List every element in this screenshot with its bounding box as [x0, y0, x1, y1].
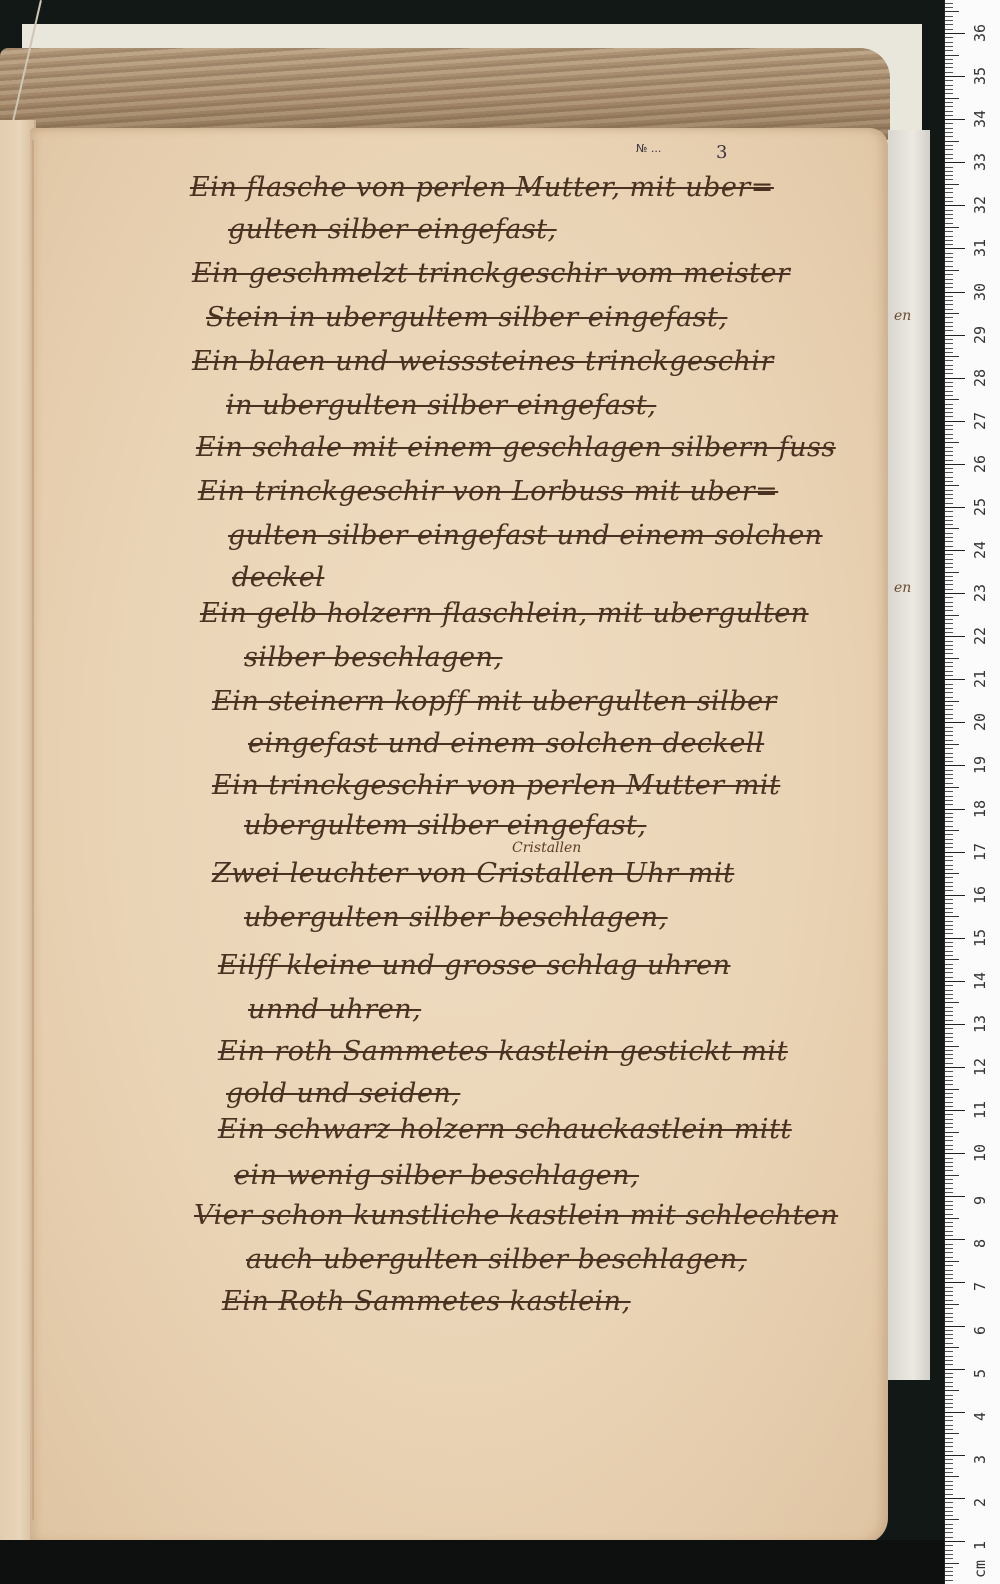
entry-line: Ein flasche von perlen Mutter, mit uber= — [190, 172, 774, 203]
ruler-cm-label: 29 — [971, 326, 989, 344]
ruler-tick — [945, 266, 953, 267]
ruler-tick — [945, 412, 953, 413]
ruler-tick — [945, 1360, 953, 1361]
ruler-tick — [945, 158, 953, 159]
ruler-tick — [945, 735, 953, 736]
ruler-tick — [945, 111, 953, 112]
ruler-tick — [945, 1037, 953, 1038]
ruler-cm-label: 7 — [971, 1282, 989, 1291]
ruler-cm-label: 31 — [971, 239, 989, 257]
ruler-cm-label: 27 — [971, 412, 989, 430]
ruler-tick — [945, 201, 953, 202]
ruler-tick — [945, 1494, 953, 1495]
protective-tissue-strip: en en ea — [888, 130, 930, 1380]
ruler-tick — [945, 382, 953, 383]
ruler-tick — [945, 494, 953, 495]
ruler-cm-label: 28 — [971, 369, 989, 387]
ruler-tick — [945, 326, 953, 327]
ruler-tick — [945, 977, 953, 978]
ruler-tick — [945, 1575, 953, 1576]
ruler-tick — [945, 1166, 953, 1167]
ruler-tick — [945, 481, 953, 482]
ruler-tick — [945, 903, 953, 904]
ruler-tick — [945, 990, 953, 991]
ruler-tick — [945, 658, 959, 659]
ruler-tick — [945, 1558, 953, 1559]
ruler-cm-label: 11 — [971, 1101, 989, 1119]
ruler-cm-label: 6 — [971, 1326, 989, 1335]
ruler-tick — [945, 619, 953, 620]
ruler-tick — [945, 408, 953, 409]
ruler-tick — [945, 528, 959, 529]
ruler-tick — [945, 1412, 965, 1413]
ruler-tick — [945, 434, 953, 435]
ruler-tick — [945, 1407, 953, 1408]
ruler-tick — [945, 283, 953, 284]
ruler-tick — [945, 231, 953, 232]
folio-stamp: № ... — [636, 143, 661, 154]
ruler-tick — [945, 744, 959, 745]
ruler-tick — [945, 1489, 953, 1490]
ruler-tick — [945, 1343, 953, 1344]
ruler-tick — [945, 330, 953, 331]
ruler-tick — [945, 787, 959, 788]
ruler-tick — [945, 584, 953, 585]
ruler-tick — [945, 1170, 953, 1171]
ruler-cm-label: 33 — [971, 153, 989, 171]
ruler-tick — [945, 339, 953, 340]
ruler-tick — [945, 886, 953, 887]
ruler-tick — [945, 994, 953, 995]
ruler-tick — [945, 292, 965, 293]
ruler-cm-label: 16 — [971, 886, 989, 904]
ruler-cm-label: 12 — [971, 1058, 989, 1076]
ruler-tick — [945, 615, 959, 616]
ruler-tick — [945, 1050, 953, 1051]
ruler-tick — [945, 589, 953, 590]
ruler-tick — [945, 1201, 953, 1202]
ruler-tick — [945, 554, 953, 555]
ruler-cm-label: 32 — [971, 196, 989, 214]
ruler-tick — [945, 1244, 953, 1245]
ruler-tick — [945, 93, 953, 94]
ruler-tick — [945, 546, 953, 547]
ruler-tick — [945, 1502, 953, 1503]
ruler-tick — [945, 1162, 953, 1163]
ruler-tick — [945, 981, 965, 982]
ruler-cm-label: 17 — [971, 843, 989, 861]
ruler-tick — [945, 300, 953, 301]
ruler-tick — [945, 1261, 959, 1262]
ruler-tick — [945, 1183, 953, 1184]
ruler-tick — [945, 175, 953, 176]
ruler-tick — [945, 890, 953, 891]
ruler-tick — [945, 1420, 953, 1421]
ruler-tick — [945, 1403, 953, 1404]
ruler-tick — [945, 1476, 959, 1477]
ruler-tick — [945, 1498, 965, 1499]
ruler-tick — [945, 541, 953, 542]
ruler-tick — [945, 1347, 959, 1348]
ruler-tick — [945, 757, 953, 758]
ruler-cm-label: 4 — [971, 1412, 989, 1421]
ruler-tick — [945, 223, 953, 224]
ruler-tick — [945, 119, 965, 120]
entry-line: Eilff kleine und grosse schlag uhren — [218, 950, 731, 981]
ruler-tick — [945, 386, 953, 387]
ruler-tick — [945, 304, 953, 305]
ruler-tick — [945, 830, 959, 831]
ruler-tick — [945, 425, 953, 426]
ruler-tick — [945, 1481, 953, 1482]
ruler-tick — [945, 938, 965, 939]
ruler-tick — [945, 33, 965, 34]
ruler-tick — [945, 218, 953, 219]
ruler-unit-label: cm — [971, 1560, 989, 1578]
ruler-tick — [945, 1179, 953, 1180]
entry-line: in ubergulten silber eingefast, — [226, 390, 656, 421]
ruler-tick — [945, 1058, 953, 1059]
measurement-ruler: cm 1234567891011121314151617181920212223… — [944, 0, 1000, 1584]
ruler-tick — [945, 916, 959, 917]
ruler-tick — [945, 257, 953, 258]
ruler-tick — [945, 1429, 953, 1430]
ruler-tick — [945, 322, 953, 323]
ruler-cm-label: 3 — [971, 1455, 989, 1464]
ruler-tick — [945, 1351, 953, 1352]
ruler-tick — [945, 1519, 959, 1520]
ruler-tick — [945, 24, 953, 25]
entry-line: Ein Roth Sammetes kastlein, — [222, 1286, 631, 1317]
ruler-tick — [945, 261, 953, 262]
ruler-tick — [945, 852, 965, 853]
ruler-cm-label: 30 — [971, 283, 989, 301]
ruler-tick — [945, 391, 953, 392]
ruler-tick — [945, 1149, 953, 1150]
ruler-tick — [945, 37, 953, 38]
ruler-tick — [945, 1132, 959, 1133]
ruler-tick — [945, 29, 953, 30]
ruler-tick — [945, 313, 959, 314]
ruler-tick — [945, 115, 953, 116]
ruler-tick — [945, 270, 959, 271]
entry-line: Ein geschmelzt trinckgeschir vom meister — [192, 258, 790, 289]
ruler-tick — [945, 317, 953, 318]
ruler-tick — [945, 1214, 953, 1215]
entry-line: Ein trinckgeschir von Lorbuss mit uber= — [198, 476, 778, 507]
ruler-tick — [945, 516, 953, 517]
ruler-tick — [945, 1537, 953, 1538]
ruler-tick — [945, 955, 953, 956]
ruler-tick — [945, 214, 953, 215]
ruler-tick — [945, 149, 953, 150]
ruler-tick — [945, 856, 953, 857]
ruler-tick — [945, 1377, 953, 1378]
ruler-tick — [945, 503, 953, 504]
entry-line: Stein in ubergultem silber eingefast, — [206, 302, 727, 333]
ruler-tick — [945, 205, 965, 206]
entry-line: Ein steinern kopff mit ubergulten silber — [212, 686, 777, 717]
ruler-tick — [945, 1274, 953, 1275]
ruler-tick — [945, 1291, 953, 1292]
ruler-tick — [945, 1446, 953, 1447]
ruler-tick — [945, 865, 953, 866]
ruler-tick — [945, 727, 953, 728]
ruler-cm-label: 9 — [971, 1196, 989, 1205]
ruler-tick — [945, 1571, 953, 1572]
ruler-tick — [945, 813, 953, 814]
ruler-tick — [945, 882, 953, 883]
entry-line: unnd uhren, — [248, 994, 421, 1025]
ruler-tick — [945, 567, 953, 568]
ruler-tick — [945, 964, 953, 965]
ruler-tick — [945, 636, 965, 637]
ruler-tick — [945, 1369, 965, 1370]
ruler-tick — [945, 1110, 965, 1111]
ruler-tick — [945, 1041, 953, 1042]
ruler-tick — [945, 1390, 959, 1391]
ruler-tick — [945, 1222, 953, 1223]
ruler-tick — [945, 1071, 953, 1072]
ruler-tick — [945, 373, 953, 374]
ruler-tick — [945, 11, 959, 12]
ruler-tick — [945, 102, 953, 103]
entry-line: ein wenig silber beschlagen, — [234, 1160, 639, 1191]
ruler-tick — [945, 709, 953, 710]
ruler-tick — [945, 602, 953, 603]
ruler-tick — [945, 438, 953, 439]
ruler-tick — [945, 274, 953, 275]
ruler-tick — [945, 352, 953, 353]
ruler-tick — [945, 796, 953, 797]
ruler-tick — [945, 3, 953, 4]
folio-number: 3 — [716, 142, 727, 163]
ruler-cm-label: 8 — [971, 1239, 989, 1248]
ruler-tick — [945, 309, 953, 310]
ruler-tick — [945, 843, 953, 844]
ruler-tick — [945, 1097, 953, 1098]
ruler-tick — [945, 1511, 953, 1512]
ruler-tick — [945, 869, 953, 870]
entry-line: Ein trinckgeschir von perlen Mutter mit — [212, 770, 780, 801]
ruler-tick — [945, 1364, 953, 1365]
ruler-cm-label: 14 — [971, 972, 989, 990]
ruler-tick — [945, 1532, 953, 1533]
ruler-tick — [945, 593, 965, 594]
ruler-tick — [945, 335, 965, 336]
ruler-tick — [945, 1425, 953, 1426]
ruler-tick — [945, 1485, 953, 1486]
ruler-tick — [945, 468, 953, 469]
ruler-tick — [945, 1089, 959, 1090]
ruler-tick — [945, 343, 953, 344]
ruler-tick — [945, 287, 953, 288]
ruler-tick — [945, 141, 959, 142]
ruler-tick — [945, 253, 953, 254]
ruler-tick — [945, 395, 953, 396]
ruler-tick — [945, 167, 953, 168]
ruler-tick — [945, 1175, 959, 1176]
ruler-tick — [945, 197, 953, 198]
ruler-tick — [945, 809, 965, 810]
ruler-tick — [945, 1416, 953, 1417]
ruler-tick — [945, 1218, 959, 1219]
ruler-tick — [945, 778, 953, 779]
entry-line: deckel — [232, 562, 324, 593]
ruler-tick — [945, 921, 953, 922]
ruler-cm-label: 2 — [971, 1498, 989, 1507]
entry-line: ubergultem silber eingefast, — [244, 810, 646, 841]
ruler-tick — [945, 1205, 953, 1206]
ruler-tick — [945, 63, 953, 64]
ruler-tick — [945, 89, 953, 90]
ruler-cm-label: 5 — [971, 1369, 989, 1378]
ruler-tick — [945, 42, 953, 43]
ruler-tick — [945, 847, 953, 848]
ruler-tick — [945, 572, 959, 573]
ruler-tick — [945, 951, 953, 952]
ruler-tick — [945, 98, 959, 99]
page-block-edge — [0, 48, 890, 140]
entry-line: Ein blaen und weisssteines trinckgeschir — [192, 346, 774, 377]
ruler-tick — [945, 451, 953, 452]
ruler-tick — [945, 1084, 953, 1085]
ruler-tick — [945, 718, 953, 719]
entry-line: gold und seiden, — [226, 1078, 460, 1109]
ruler-tick — [945, 59, 953, 60]
ruler-tick — [945, 1373, 953, 1374]
ruler-tick — [945, 908, 953, 909]
ruler-tick — [945, 416, 953, 417]
ruler-tick — [945, 1007, 953, 1008]
ruler-tick — [945, 753, 953, 754]
ruler-tick — [945, 895, 965, 896]
ruler-tick — [945, 1317, 953, 1318]
gutter-fold — [32, 140, 34, 1520]
ruler-tick — [945, 1127, 953, 1128]
entry-line: gulten silber eingefast, — [228, 214, 557, 245]
ruler-tick — [945, 1067, 965, 1068]
ruler-tick — [945, 16, 953, 17]
ruler-tick — [945, 145, 953, 146]
ruler-tick — [945, 1076, 953, 1077]
ruler-tick — [945, 76, 965, 77]
ruler-tick — [945, 507, 965, 508]
ruler-tick — [945, 85, 953, 86]
ruler-tick — [945, 959, 959, 960]
ruler-tick — [945, 1326, 965, 1327]
ruler-tick — [945, 227, 959, 228]
ruler-tick — [945, 1386, 953, 1387]
ruler-tick — [945, 1528, 953, 1529]
ruler-tick — [945, 184, 959, 185]
ruler-tick — [945, 684, 953, 685]
ruler-tick — [945, 1313, 953, 1314]
ruler-tick — [945, 348, 953, 349]
ruler-tick — [945, 623, 953, 624]
ruler-tick — [945, 447, 953, 448]
ruler-cm-label: 35 — [971, 67, 989, 85]
ruler-tick — [945, 821, 953, 822]
ruler-tick — [945, 632, 953, 633]
ruler-tick — [945, 533, 953, 534]
ruler-tick — [945, 1158, 953, 1159]
ruler-tick — [945, 244, 953, 245]
ruler-tick — [945, 722, 965, 723]
ruler-tick — [945, 1330, 953, 1331]
ruler-tick — [945, 279, 953, 280]
bottom-background — [0, 1540, 944, 1584]
ruler-tick — [945, 455, 953, 456]
ruler-tick — [945, 576, 953, 577]
ruler-tick — [945, 1524, 953, 1525]
ruler-tick — [945, 1287, 953, 1288]
ruler-tick — [945, 998, 953, 999]
entry-line: eingefast und einem solchen deckell — [248, 728, 764, 759]
ruler-tick — [945, 67, 953, 68]
ruler-tick — [945, 559, 953, 560]
ruler-tick — [945, 136, 953, 137]
ruler-tick — [945, 1106, 953, 1107]
ruler-tick — [945, 1567, 953, 1568]
ruler-tick — [945, 1002, 959, 1003]
ruler-tick — [945, 1093, 953, 1094]
ruler-tick — [945, 761, 953, 762]
ruler-tick — [945, 1472, 953, 1473]
ruler-tick — [945, 748, 953, 749]
ruler-tick — [945, 826, 953, 827]
ruler-tick — [945, 1550, 953, 1551]
ruler-tick — [945, 1433, 959, 1434]
ruler-cm-label: 25 — [971, 498, 989, 516]
ruler-tick — [945, 162, 965, 163]
ruler-tick — [945, 1054, 953, 1055]
ruler-tick — [945, 1015, 953, 1016]
entry-line: ubergulten silber beschlagen, — [244, 902, 668, 933]
ruler-tick — [945, 972, 953, 973]
ruler-tick — [945, 1468, 953, 1469]
ruler-tick — [945, 72, 953, 73]
entry-line: silber beschlagen, — [244, 642, 502, 673]
ruler-cm-label: 13 — [971, 1015, 989, 1033]
ruler-tick — [945, 50, 953, 51]
ruler-tick — [945, 1226, 953, 1227]
ruler-tick — [945, 649, 953, 650]
ruler-cm-label: 26 — [971, 455, 989, 473]
ruler-cm-label: 21 — [971, 670, 989, 688]
ruler-tick — [945, 662, 953, 663]
ruler-tick — [945, 1028, 953, 1029]
ruler-tick — [945, 791, 953, 792]
ruler-tick — [945, 1257, 953, 1258]
ruler-tick — [945, 485, 959, 486]
ruler-cm-label: 20 — [971, 713, 989, 731]
ruler-tick — [945, 106, 953, 107]
ruler-tick — [945, 697, 953, 698]
ruler-tick — [945, 679, 965, 680]
ruler-tick — [945, 1278, 953, 1279]
ruler-tick — [945, 1438, 953, 1439]
ruler-cm-label: 23 — [971, 584, 989, 602]
entry-line: Ein roth Sammetes kastlein gestickt mit — [218, 1036, 788, 1067]
ruler-tick — [945, 968, 953, 969]
ruler-tick — [945, 498, 953, 499]
ruler-tick — [945, 1541, 965, 1542]
ruler-tick — [945, 171, 953, 172]
ruler-tick — [945, 765, 965, 766]
ruler-tick — [945, 472, 953, 473]
ruler-tick — [945, 1442, 953, 1443]
